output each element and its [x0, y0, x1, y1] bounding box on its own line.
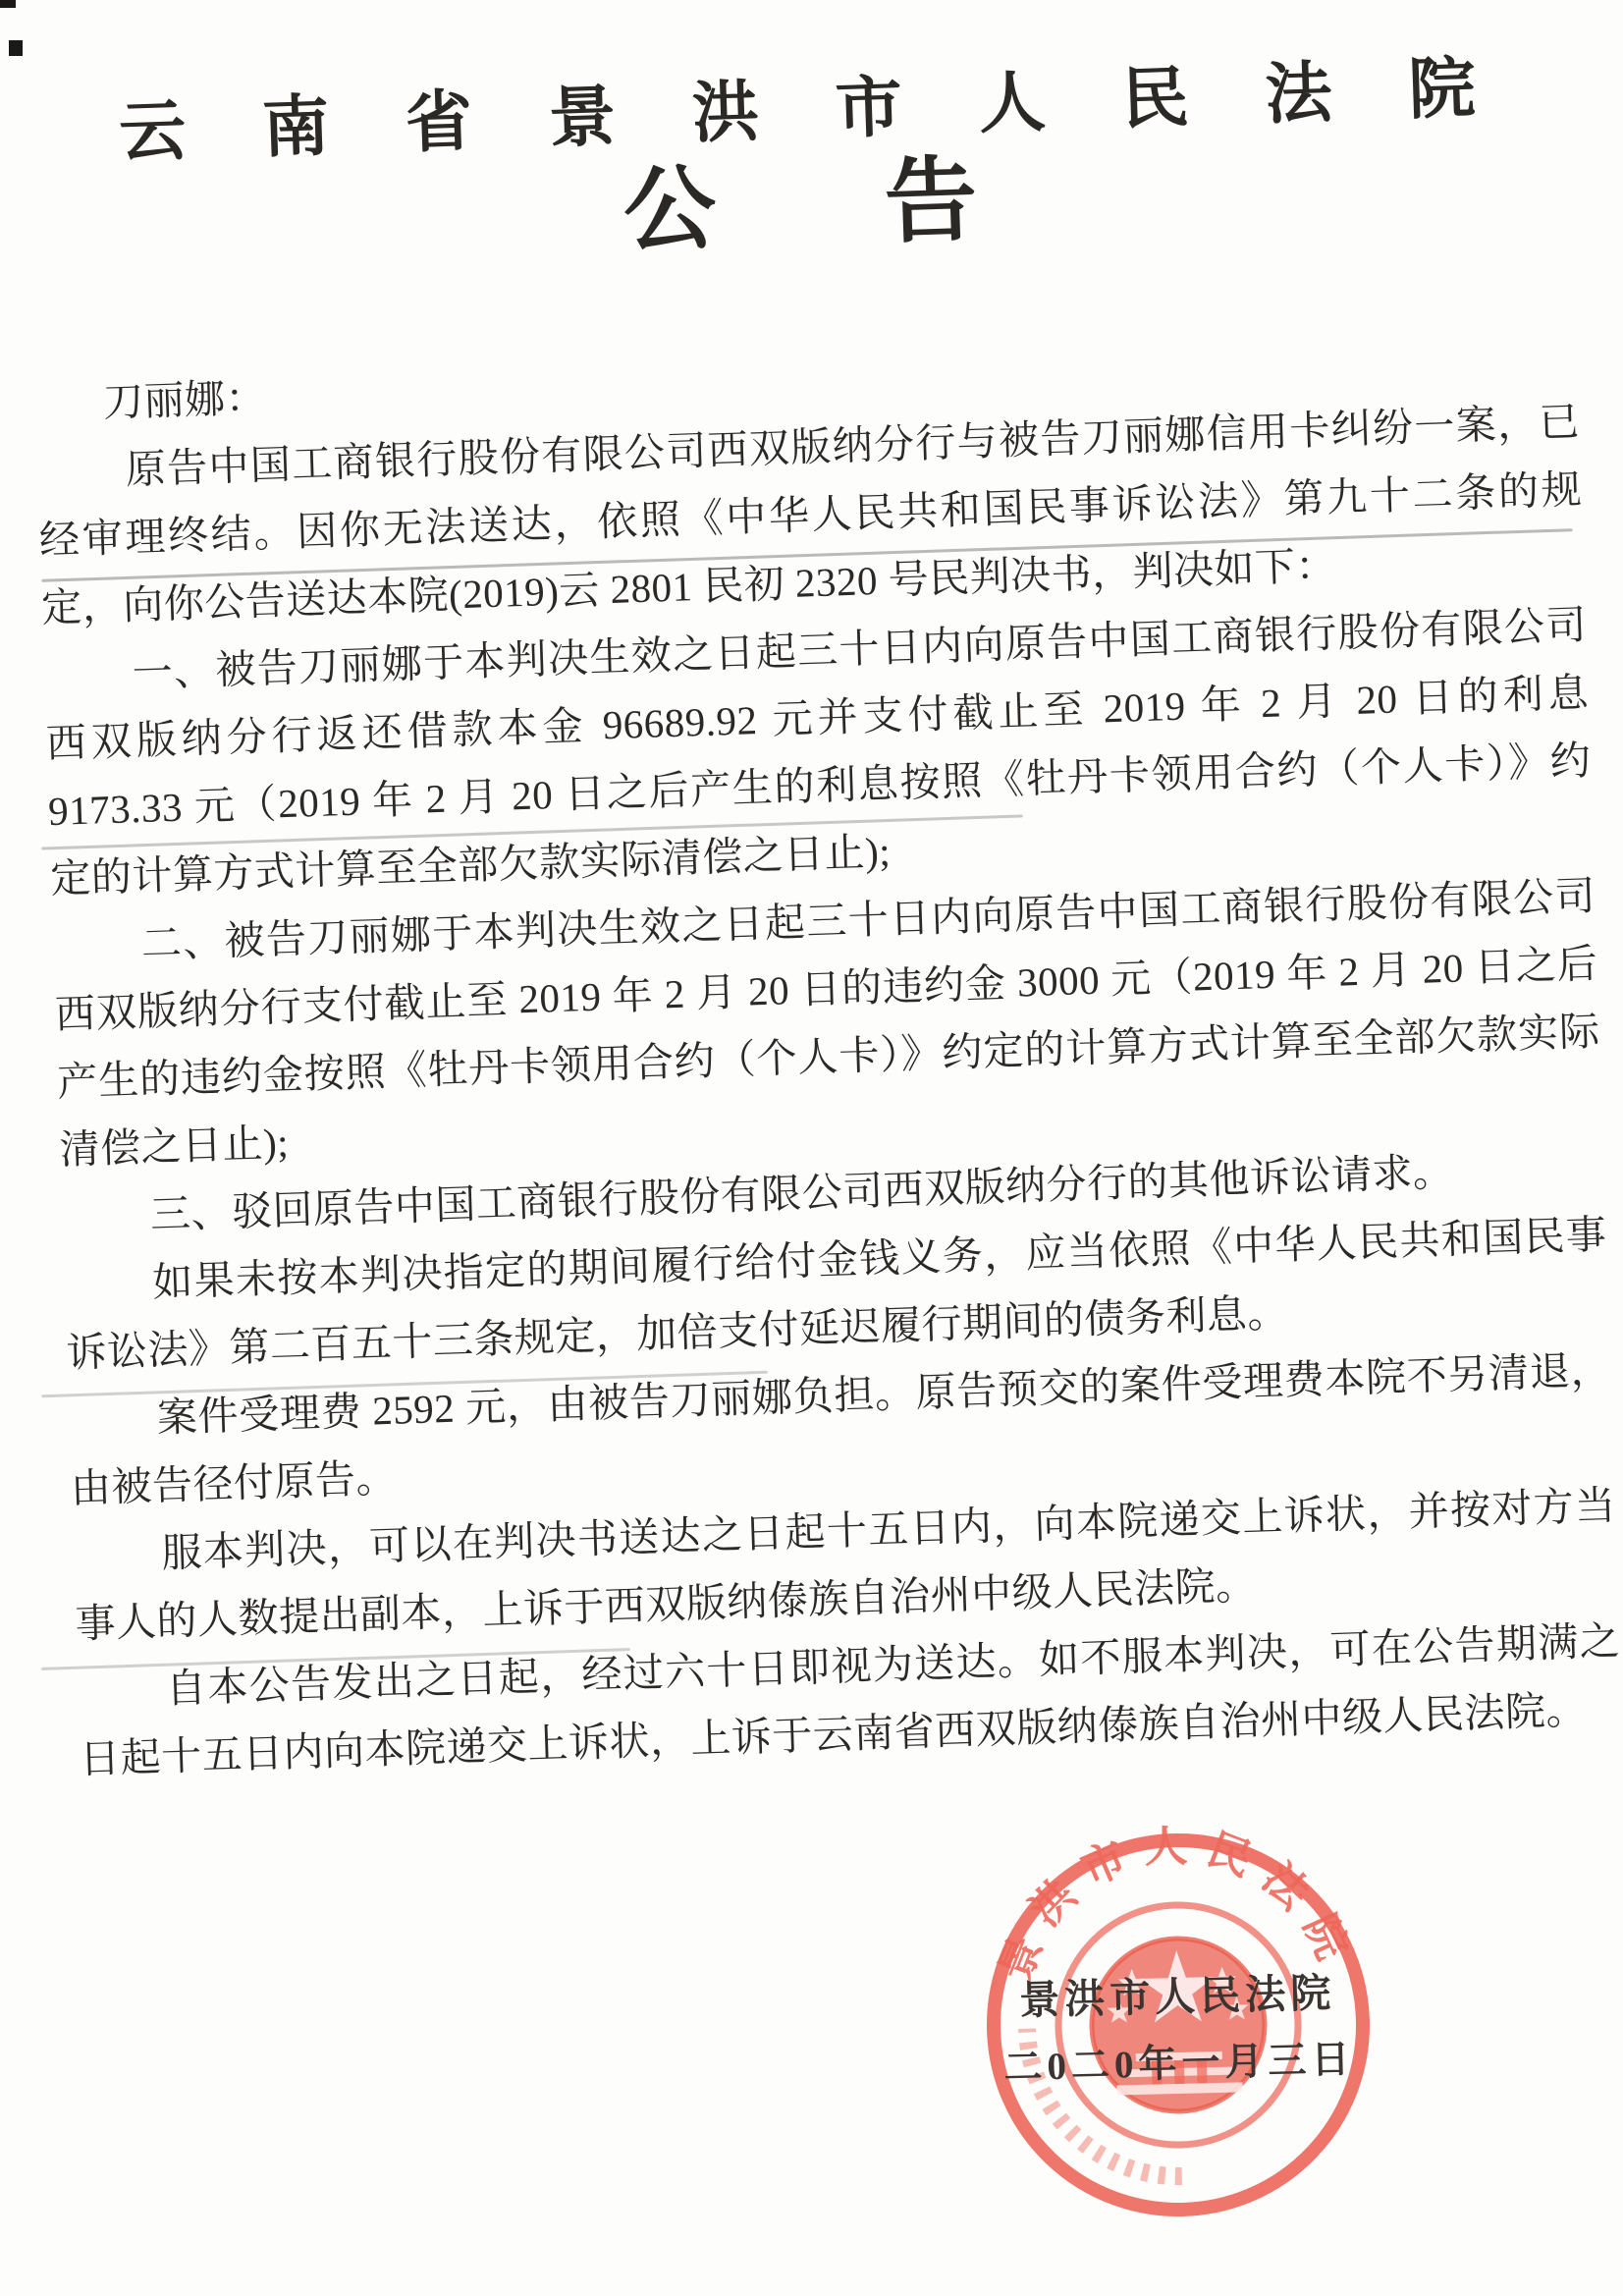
- body-paragraph: 二、被告刀丽娜于本判决生效之日起三十日内向原告中国工商银行股份有限公司西双版纳分…: [52, 862, 1603, 1184]
- scanned-court-notice: { "document": { "court_name": "云南省景洪市人民法…: [0, 0, 1623, 2296]
- body-paragraph: 一、被告刀丽娜于本判决生效之日起三十日内向原告中国工商银行股份有限公司西双版纳分…: [42, 591, 1594, 913]
- notice-body: 刀丽娜： 原告中国工商银行股份有限公司西双版纳分行与被告刀丽娜信用卡纠纷一案，已…: [33, 320, 1623, 1793]
- official-court-seal: 景洪市人民法院: [973, 1820, 1383, 2230]
- scan-mark-artifact: [0, 0, 16, 8]
- scan-mark-artifact: [9, 40, 23, 56]
- seal-date: 二0二0年一月三日: [978, 2028, 1380, 2093]
- seal-court-name: 景洪市人民法院: [977, 1959, 1379, 2027]
- notice-content: 云南省景洪市人民法院 公告 刀丽娜： 原告中国工商银行股份有限公司西双版纳分行与…: [24, 24, 1623, 1793]
- document-page: 云南省景洪市人民法院 公告 刀丽娜： 原告中国工商银行股份有限公司西双版纳分行与…: [0, 0, 1623, 2296]
